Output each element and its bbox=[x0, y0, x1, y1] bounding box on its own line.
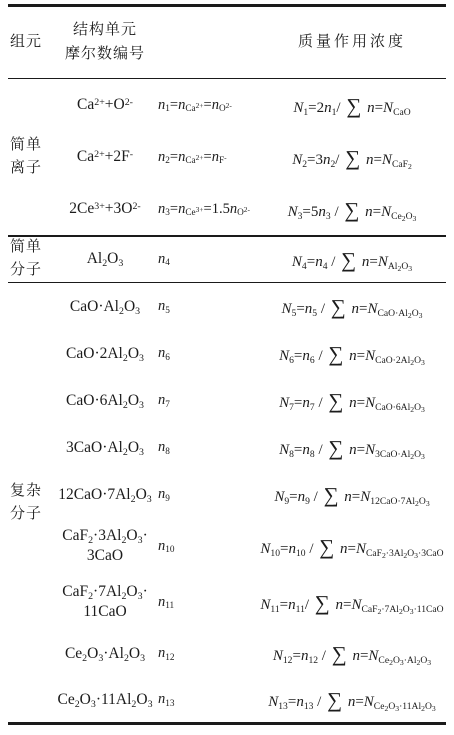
row-concentration: N13=n13 / ∑ n=NCe2O3·11Al2O3 bbox=[250, 687, 454, 712]
header-structure-line2: 摩尔数编号 bbox=[52, 42, 158, 66]
row-structure: CaO·2Al2O3 bbox=[52, 344, 158, 364]
section-complex-molecules: 复杂 分子 CaO·Al2O3 n5 N5=n5 / ∑ n=NCaO·Al2O… bbox=[0, 283, 454, 722]
row-structure: CaF2·7Al2O3· 11CaO bbox=[52, 582, 158, 622]
row-mole-number: n12 bbox=[158, 645, 250, 662]
row-structure: Ca2++O2- bbox=[52, 95, 158, 115]
table-bottom-rule bbox=[8, 722, 446, 725]
row-mole-number: n6 bbox=[158, 345, 250, 362]
row-mole-number: n8 bbox=[158, 439, 250, 456]
table-row: CaF2·7Al2O3· 11CaO n11 N11=n11/ ∑ n=NCaF… bbox=[0, 574, 454, 630]
row-concentration: N7=n7 / ∑ n=NCaO·6Al2O3 bbox=[250, 388, 454, 413]
table-row: Ce2O3·Al2O3 n12 N12=n12 / ∑ n=NCe2O3·Al2… bbox=[0, 630, 454, 677]
row-structure: 12CaO·7Al2O3 bbox=[52, 485, 158, 505]
table-row: 2Ce3++3O2- n3=nCe3+=1.5nO2- N3=5n3 / ∑ n… bbox=[0, 183, 454, 235]
table-row: Al2O3 n4 N4=n4 / ∑ n=NAl2O3 bbox=[0, 237, 454, 282]
structure-line1: CaF2·7Al2O3· bbox=[52, 582, 158, 602]
header-structure-unit: 结构单元 摩尔数编号 bbox=[52, 18, 158, 66]
row-concentration: N11=n11/ ∑ n=NCaF2·7Al2O3·11CaO bbox=[250, 590, 454, 615]
row-structure: CaO·6Al2O3 bbox=[52, 391, 158, 411]
group-label-line1: 简单 bbox=[0, 236, 52, 259]
row-concentration: N8=n8 / ∑ n=N3CaO·Al2O3 bbox=[250, 435, 454, 460]
sum-symbol: ∑ bbox=[324, 483, 339, 507]
header-structure-line1: 结构单元 bbox=[52, 18, 158, 42]
row-mole-number: n4 bbox=[158, 251, 250, 268]
group-label-line2: 离子 bbox=[0, 157, 52, 180]
section-simple-molecule: 简单 分子 Al2O3 n4 N4=n4 / ∑ n=NAl2O3 bbox=[0, 237, 454, 282]
row-concentration: N6=n6 / ∑ n=NCaO·2Al2O3 bbox=[250, 341, 454, 366]
sum-symbol: ∑ bbox=[332, 642, 347, 666]
table-row: Ca2++O2- n1=nCa2+=nO2- N1=2n1/ ∑ n=NCaO bbox=[0, 79, 454, 131]
row-mole-number: n3=nCe3+=1.5nO2- bbox=[158, 201, 250, 218]
group-label-line1: 简单 bbox=[0, 134, 52, 157]
header-concentration: 质量作用浓度 bbox=[250, 30, 454, 54]
paper-table-page: 组元 结构单元 摩尔数编号 质量作用浓度 简单 离子 Ca2++O2- n1=n… bbox=[0, 0, 454, 735]
sum-symbol: ∑ bbox=[328, 389, 343, 413]
row-concentration: N4=n4 / ∑ n=NAl2O3 bbox=[250, 247, 454, 272]
sum-symbol: ∑ bbox=[328, 436, 343, 460]
group-label-line1: 复杂 bbox=[0, 480, 52, 503]
row-concentration: N12=n12 / ∑ n=NCe2O3·Al2O3 bbox=[250, 641, 454, 666]
table-row: CaF2·3Al2O3· 3CaO n10 N10=n10 / ∑ n=NCaF… bbox=[0, 518, 454, 574]
row-structure: CaO·Al2O3 bbox=[52, 297, 158, 317]
row-concentration: N9=n9 / ∑ n=N12CaO·7Al2O3 bbox=[250, 482, 454, 507]
header-component: 组元 bbox=[0, 30, 52, 54]
sum-symbol: ∑ bbox=[319, 535, 334, 559]
row-concentration: N10=n10 / ∑ n=NCaF2·3Al2O3·3CaO bbox=[250, 534, 454, 559]
row-structure: Ca2++2F- bbox=[52, 147, 158, 167]
sum-symbol: ∑ bbox=[341, 248, 356, 272]
structure-line1: CaF2·3Al2O3· bbox=[52, 526, 158, 546]
row-structure: Ce2O3·11Al2O3 bbox=[52, 690, 158, 710]
table-header-row: 组元 结构单元 摩尔数编号 质量作用浓度 bbox=[0, 7, 454, 78]
row-mole-number: n2=nCa2+=nF- bbox=[158, 149, 250, 166]
row-concentration: N3=5n3 / ∑ n=NCe2O3 bbox=[250, 197, 454, 222]
sum-symbol: ∑ bbox=[331, 295, 346, 319]
row-concentration: N1=2n1/ ∑ n=NCaO bbox=[250, 93, 454, 118]
table-row: CaO·Al2O3 n5 N5=n5 / ∑ n=NCaO·Al2O3 bbox=[0, 283, 454, 330]
table-row: 12CaO·7Al2O3 n9 N9=n9 / ∑ n=N12CaO·7Al2O… bbox=[0, 471, 454, 518]
row-structure: CaF2·3Al2O3· 3CaO bbox=[52, 526, 158, 566]
table-row: Ce2O3·11Al2O3 n13 N13=n13 / ∑ n=NCe2O3·1… bbox=[0, 677, 454, 722]
row-concentration: N2=3n2/ ∑ n=NCaF2 bbox=[250, 145, 454, 170]
table-row: CaO·6Al2O3 n7 N7=n7 / ∑ n=NCaO·6Al2O3 bbox=[0, 377, 454, 424]
sum-symbol: ∑ bbox=[346, 94, 361, 118]
sum-symbol: ∑ bbox=[327, 688, 342, 712]
group-label-complex-molecules: 复杂 分子 bbox=[0, 480, 52, 526]
sum-symbol: ∑ bbox=[328, 342, 343, 366]
row-mole-number: n11 bbox=[158, 594, 250, 611]
row-mole-number: n1=nCa2+=nO2- bbox=[158, 97, 250, 114]
table-row: 3CaO·Al2O3 n8 N8=n8 / ∑ n=N3CaO·Al2O3 bbox=[0, 424, 454, 471]
table-row: Ca2++2F- n2=nCa2+=nF- N2=3n2/ ∑ n=NCaF2 bbox=[0, 131, 454, 183]
row-mole-number: n9 bbox=[158, 486, 250, 503]
structure-line2: 3CaO bbox=[52, 546, 158, 566]
row-structure: 3CaO·Al2O3 bbox=[52, 438, 158, 458]
row-mole-number: n7 bbox=[158, 392, 250, 409]
section-simple-ions: 简单 离子 Ca2++O2- n1=nCa2+=nO2- N1=2n1/ ∑ n… bbox=[0, 79, 454, 235]
sum-symbol: ∑ bbox=[345, 146, 360, 170]
group-label-simple-molecule: 简单 分子 bbox=[0, 236, 52, 282]
group-label-line2: 分子 bbox=[0, 259, 52, 282]
row-mole-number: n13 bbox=[158, 691, 250, 708]
row-structure: Ce2O3·Al2O3 bbox=[52, 644, 158, 664]
row-mole-number: n5 bbox=[158, 298, 250, 315]
row-structure: 2Ce3++3O2- bbox=[52, 199, 158, 219]
row-concentration: N5=n5 / ∑ n=NCaO·Al2O3 bbox=[250, 294, 454, 319]
group-label-line2: 分子 bbox=[0, 503, 52, 526]
structure-line2: 11CaO bbox=[52, 602, 158, 622]
row-mole-number: n10 bbox=[158, 538, 250, 555]
sum-symbol: ∑ bbox=[315, 591, 330, 615]
table-row: CaO·2Al2O3 n6 N6=n6 / ∑ n=NCaO·2Al2O3 bbox=[0, 330, 454, 377]
sum-symbol: ∑ bbox=[344, 198, 359, 222]
row-structure: Al2O3 bbox=[52, 249, 158, 269]
group-label-simple-ions: 简单 离子 bbox=[0, 134, 52, 180]
